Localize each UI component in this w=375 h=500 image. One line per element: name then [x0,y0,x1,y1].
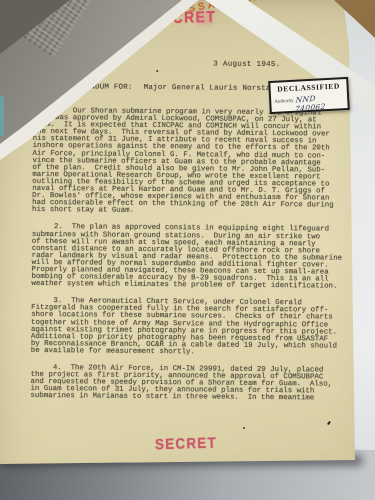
authority-label: Authority [274,99,294,105]
memo-paragraph-2: 2. The plan as approved consists in equi… [31,224,358,291]
authority-number-handwritten: NND 740062 [295,91,345,113]
ink-speck [156,70,158,72]
memo-date: 3 August 1945. [213,61,280,70]
memo-paragraph-4: 4. The 20th Air Force, in CM-IN 29991, d… [30,365,356,403]
declassified-sticker: DECLASSIFIED Authority NND 740062 [268,77,350,114]
memo-paragraph-1: 1. Our Shoran submarine program in very … [32,108,359,217]
blue-paper-sliver [0,96,4,136]
memo-paragraph-3: 3. The Aeronautical Chart Service, under… [31,298,357,358]
memo-for-recipient: Major General Lauris Norstad [144,84,276,93]
scanned-document-photo: G., SSACMENT SECRET 3 August 1945. MEMOR… [0,0,375,500]
declassified-authority-line: Authority NND 740062 [271,90,348,114]
ink-speck [243,427,245,429]
memo-body: 1. Our Shoran submarine program in very … [30,108,359,413]
secret-stamp-bottom: SECRET [155,434,217,452]
